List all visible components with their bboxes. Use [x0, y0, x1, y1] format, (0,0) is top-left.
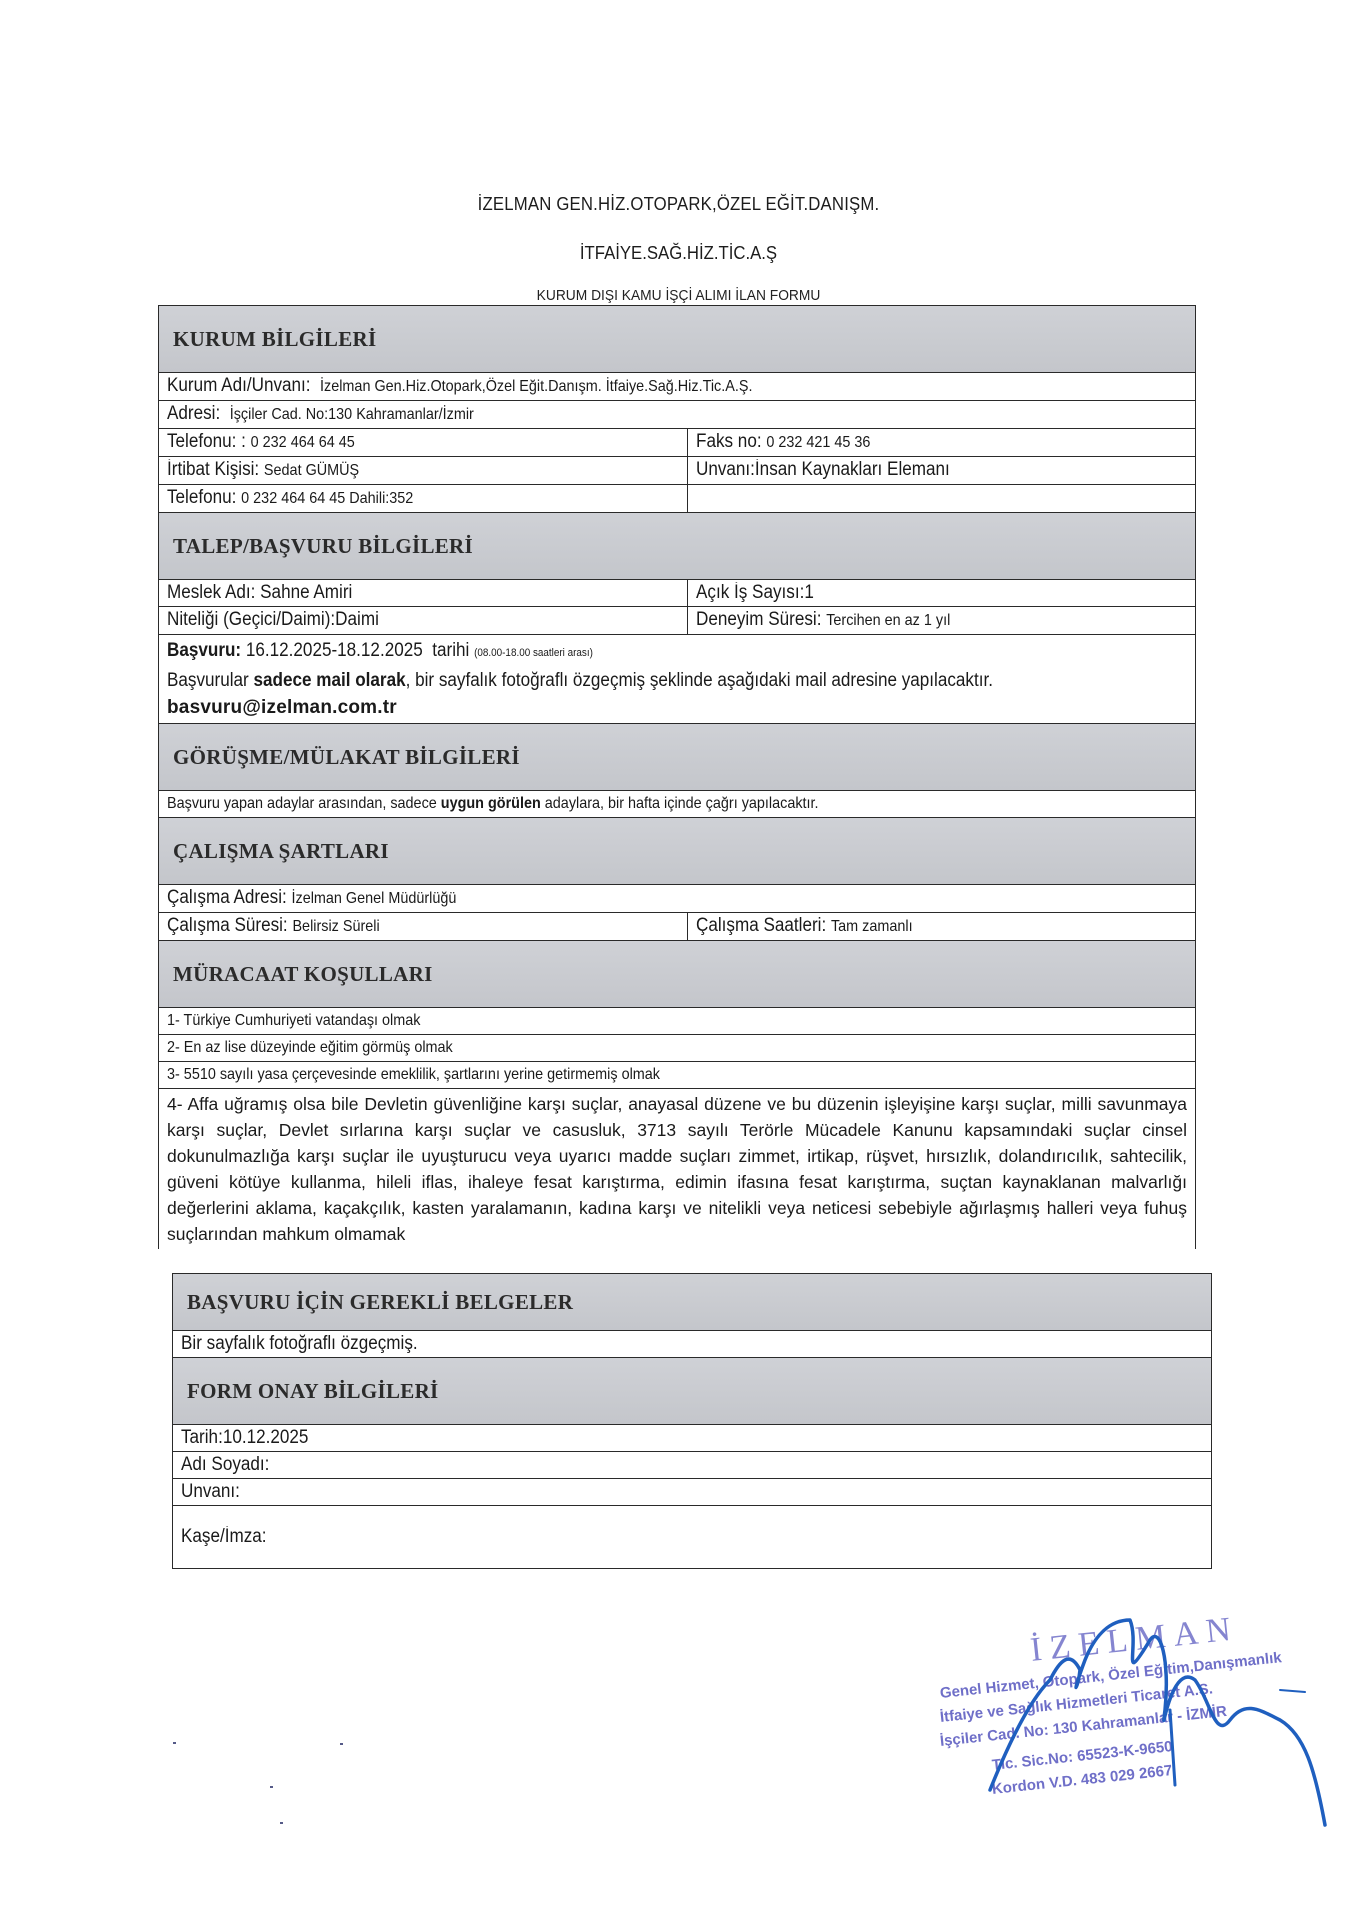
value: Sahne Amiri	[260, 582, 352, 603]
value: İzelman Gen.Hiz.Otopark,Özel Eğit.Danışm…	[320, 378, 752, 395]
value: 0 232 464 64 45	[251, 434, 355, 451]
field-kurum-adi: Kurum Adı/Unvanı: İzelman Gen.Hiz.Otopar…	[159, 373, 826, 400]
label: Açık İş Sayısı:	[696, 582, 804, 603]
note-pre: Başvurular	[167, 670, 249, 691]
label: Unvanı:	[696, 459, 755, 480]
company-title-line2: İTFAİYE.SAĞ.HİZ.TİC.A.Ş	[47, 243, 1309, 264]
text-post: adaylara, bir hafta içinde çağrı yapılac…	[545, 795, 819, 812]
label: Adı Soyadı:	[181, 1454, 269, 1475]
signature-stroke	[990, 1620, 1325, 1825]
section-heading-onay: FORM ONAY BİLGİLERİ	[172, 1357, 1212, 1424]
email-link[interactable]: basvuru@izelman.com.tr	[167, 697, 397, 718]
basvuru-note: Başvurular sadece mail olarak, bir sayfa…	[167, 667, 1187, 694]
row-unvan: Unvanı:	[172, 1478, 1212, 1505]
section-heading-belgeler: BAŞVURU İÇİN GEREKLİ BELGELER	[172, 1273, 1212, 1330]
field-faks: Faks no: 0 232 421 45 36	[688, 429, 1195, 456]
label: Unvanı:	[181, 1481, 240, 1502]
row-irtibat-unvan: İrtibat Kişisi: Sedat GÜMÜŞ Unvanı:İnsan…	[158, 456, 1196, 484]
label: Telefonu:	[167, 487, 236, 508]
muracaat-item: 4- Affa uğramış olsa bile Devletin güven…	[158, 1088, 1196, 1249]
field-kase-imza[interactable]: Kaşe/İmza:	[173, 1524, 284, 1550]
value: Daimi	[335, 609, 379, 630]
item-3: 3- 5510 sayılı yasa çerçevesinde emeklil…	[167, 1062, 660, 1088]
row-telefon2: Telefonu: 0 232 464 64 45 Dahili:352	[158, 484, 1196, 512]
field-telefon: Telefonu: : 0 232 464 64 45	[159, 429, 688, 456]
value: İşçiler Cad. No:130 Kahramanlar/İzmir	[230, 406, 474, 423]
label: Niteliği (Geçici/Daimi):	[167, 609, 335, 630]
field-meslek: Meslek Adı: Sahne Amiri	[159, 580, 688, 606]
value: İnsan Kaynakları Elemanı	[755, 459, 950, 480]
form-upper: KURUM BİLGİLERİ Kurum Adı/Unvanı: İzelma…	[158, 305, 1196, 1249]
value: İzelman Genel Müdürlüğü	[291, 890, 456, 907]
value: Belirsiz Süreli	[292, 918, 379, 935]
section-heading-kurum: KURUM BİLGİLERİ	[158, 305, 1196, 372]
section-heading-gorusme: GÖRÜŞME/MÜLAKAT BİLGİLERİ	[158, 723, 1196, 790]
section-heading-muracaat: MÜRACAAT KOŞULLARI	[158, 940, 1196, 1007]
label: Adresi:	[167, 403, 220, 424]
hours: (08.00-18.00 saatleri arası)	[474, 647, 593, 659]
field-empty	[688, 485, 1195, 512]
field-telefon2: Telefonu: 0 232 464 64 45 Dahili:352	[159, 485, 688, 512]
label: Çalışma Süresi:	[167, 915, 288, 936]
value: Bir sayfalık fotoğraflı özgeçmiş.	[181, 1331, 418, 1357]
value: Tam zamanlı	[831, 918, 913, 935]
value: 10.12.2025	[223, 1427, 309, 1448]
field-irtibat: İrtibat Kişisi: Sedat GÜMÜŞ	[159, 457, 688, 484]
value: 1	[804, 582, 814, 603]
row-meslek-acik-is: Meslek Adı: Sahne Amiri Açık İş Sayısı:1	[158, 579, 1196, 606]
basvuru-dates-line: Başvuru: 16.12.2025-18.12.2025 tarihi (0…	[167, 637, 1187, 667]
form-lower: BAŞVURU İÇİN GEREKLİ BELGELER Bir sayfal…	[172, 1273, 1212, 1569]
scan-speck	[280, 1822, 283, 1824]
row-belgeler: Bir sayfalık fotoğraflı özgeçmiş.	[172, 1330, 1212, 1357]
signature-scribble	[960, 1600, 1330, 1830]
label: Telefonu: :	[167, 431, 246, 452]
item-2: 2- En az lise düzeyinde eğitim görmüş ol…	[167, 1035, 453, 1061]
tarihi: tarihi	[432, 640, 469, 661]
value: Tercihen en az 1 yıl	[826, 612, 950, 629]
row-basvuru-info: Başvuru: 16.12.2025-18.12.2025 tarihi (0…	[158, 634, 1196, 723]
item-text: 3- 5510 sayılı yasa çerçevesinde emeklil…	[159, 1062, 723, 1088]
row-adi-soyadi: Adı Soyadı:	[172, 1451, 1212, 1478]
item-text: 1- Türkiye Cumhuriyeti vatandaşı olmak	[159, 1008, 457, 1034]
muracaat-item: 2- En az lise düzeyinde eğitim görmüş ol…	[158, 1034, 1196, 1061]
section-heading-talep: TALEP/BAŞVURU BİLGİLERİ	[158, 512, 1196, 579]
field-nitelik: Niteliği (Geçici/Daimi):Daimi	[159, 607, 688, 634]
row-kase-imza: Kaşe/İmza:	[172, 1505, 1212, 1568]
label: Kurum Adı/Unvanı:	[167, 375, 311, 396]
belgeler-text: Bir sayfalık fotoğraflı özgeçmiş.	[173, 1331, 452, 1357]
label: Kaşe/İmza:	[181, 1524, 267, 1550]
table-bottom-border	[172, 1568, 1212, 1569]
label: Çalışma Saatleri:	[696, 915, 826, 936]
field-acik-is: Açık İş Sayısı:1	[688, 580, 1195, 606]
label: Deneyim Süresi:	[696, 609, 821, 630]
value: 0 232 421 45 36	[766, 434, 870, 451]
field-adres: Adresi: İşçiler Cad. No:130 Kahramanlar/…	[159, 401, 516, 428]
field-unvan: Unvanı:İnsan Kaynakları Elemanı	[688, 457, 1195, 484]
label: Başvuru:	[167, 640, 241, 661]
item-1: 1- Türkiye Cumhuriyeti vatandaşı olmak	[167, 1008, 420, 1034]
muracaat-item: 1- Türkiye Cumhuriyeti vatandaşı olmak	[158, 1007, 1196, 1034]
company-title-line1: İZELMAN GEN.HİZ.OTOPARK,ÖZEL EĞİT.DANIŞM…	[47, 194, 1309, 215]
row-kurum-adi: Kurum Adı/Unvanı: İzelman Gen.Hiz.Otopar…	[158, 372, 1196, 400]
value: 0 232 464 64 45 Dahili:352	[241, 490, 413, 507]
field-unvan-onay[interactable]: Unvanı:	[173, 1479, 254, 1505]
field-deneyim: Deneyim Süresi: Tercihen en az 1 yıl	[688, 607, 1195, 634]
field-calisma-adres: Çalışma Adresi: İzelman Genel Müdürlüğü	[159, 885, 497, 912]
note-bold: sadece mail olarak	[253, 670, 405, 691]
item-4: 4- Affa uğramış olsa bile Devletin güven…	[167, 1091, 1187, 1247]
label: Meslek Adı:	[167, 582, 255, 603]
label: Tarih:	[181, 1427, 223, 1448]
row-nitelik-deneyim: Niteliği (Geçici/Daimi):Daimi Deneyim Sü…	[158, 606, 1196, 634]
row-calisma-sure-saat: Çalışma Süresi: Belirsiz Süreli Çalışma …	[158, 912, 1196, 940]
dates: 16.12.2025-18.12.2025	[246, 640, 423, 661]
field-adi-soyadi[interactable]: Adı Soyadı:	[173, 1452, 287, 1478]
field-tarih: Tarih:10.12.2025	[173, 1425, 331, 1451]
row-telefon-faks: Telefonu: : 0 232 464 64 45 Faks no: 0 2…	[158, 428, 1196, 456]
item-text: 2- En az lise düzeyinde eğitim görmüş ol…	[159, 1035, 492, 1061]
label: Faks no:	[696, 431, 762, 452]
value: Sedat GÜMÜŞ	[264, 462, 359, 479]
row-calisma-adres: Çalışma Adresi: İzelman Genel Müdürlüğü	[158, 884, 1196, 912]
row-tarih: Tarih:10.12.2025	[172, 1424, 1212, 1451]
text-pre: Başvuru yapan adaylar arasından, sadece	[167, 795, 437, 812]
section-heading-calisma: ÇALIŞMA ŞARTLARI	[158, 817, 1196, 884]
row-adres: Adresi: İşçiler Cad. No:130 Kahramanlar/…	[158, 400, 1196, 428]
label: İrtibat Kişisi:	[167, 459, 259, 480]
label: Çalışma Adresi:	[167, 887, 287, 908]
basvuru-email[interactable]: basvuru@izelman.com.tr	[167, 694, 1187, 721]
field-calisma-saat: Çalışma Saatleri: Tam zamanlı	[688, 913, 1195, 940]
gorusme-text: Başvuru yapan adaylar arasından, sadece …	[159, 791, 899, 817]
scan-speck	[340, 1743, 343, 1745]
row-gorusme: Başvuru yapan adaylar arasından, sadece …	[158, 790, 1196, 817]
note-post: , bir sayfalık fotoğraflı özgeçmiş şekli…	[406, 670, 993, 691]
scan-speck	[270, 1786, 273, 1788]
form-title: KURUM DIŞI KAMU İŞÇİ ALIMI İLAN FORMU	[54, 287, 1302, 304]
text-bold: uygun görülen	[441, 795, 541, 812]
scan-speck	[173, 1742, 176, 1744]
field-calisma-sure: Çalışma Süresi: Belirsiz Süreli	[159, 913, 688, 940]
muracaat-item: 3- 5510 sayılı yasa çerçevesinde emeklil…	[158, 1061, 1196, 1088]
